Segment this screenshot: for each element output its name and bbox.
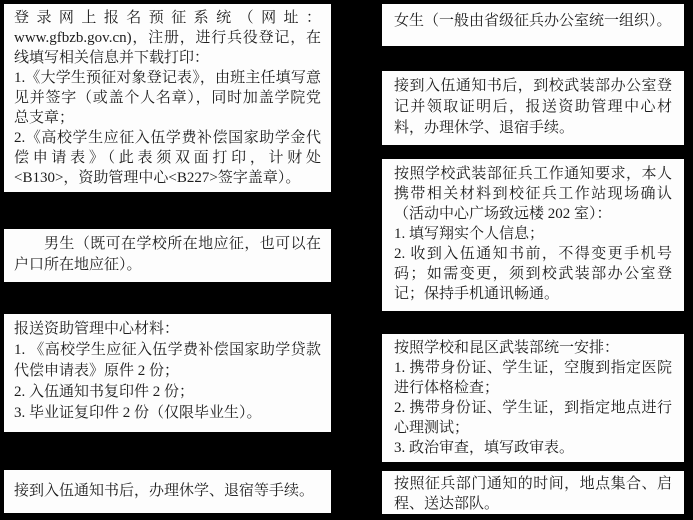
box-exam-arrangement: 按照学校和昆区武装部统一安排： 1. 携带身份证、学生证，空腹到指定医院进行体格… — [381, 333, 685, 463]
onsite-confirmation-item-1: 1. 填写翔实个人信息； — [394, 224, 672, 244]
onsite-confirmation-intro: 按照学校武装部征兵工作通知要求，本人携带相关材料到校征兵工作站现场确认（活动中心… — [394, 164, 672, 224]
female-students-text: 女生（一般由省级征兵办公室统一组织）。 — [394, 11, 672, 32]
online-registration-intro: 登录网上报名预征系统（网址：www.gfbzb.gov.cn)，注册，进行兵役登… — [14, 8, 321, 68]
box-female-students: 女生（一般由省级征兵办公室统一组织）。 — [381, 3, 685, 47]
box-departure: 按照征兵部门通知的时间，地点集合、启程、送达部队。 — [381, 470, 685, 515]
exam-arrangement-item-1: 1. 携带身份证、学生证，空腹到指定医院进行体格检查； — [394, 358, 672, 398]
online-registration-item-1: 1.《大学生预征对象登记表》，由班主任填写意见并签字（或盖个人名章），同时加盖学… — [14, 68, 321, 128]
departure-text: 按照征兵部门通知的时间，地点集合、启程、送达部队。 — [394, 474, 672, 514]
box-leave-procedures: 接到入伍通知书后，办理休学、退宿等手续。 — [3, 469, 332, 514]
funding-materials-item-2: 2. 入伍通知书复印件 2 份； — [14, 382, 321, 403]
funding-materials-title: 报送资助管理中心材料： — [14, 319, 321, 340]
onsite-confirmation-item-2: 2. 收到入伍通知书前，不得变更手机号码；如需变更，须到校武装部办公室登记；保持… — [394, 244, 672, 304]
online-registration-item-2: 2.《高校学生应征入伍学费补偿国家助学金代偿申请表》（此表须双面打印，计财处<B… — [14, 128, 321, 188]
flowchart-canvas: 登录网上报名预征系统（网址：www.gfbzb.gov.cn)，注册，进行兵役登… — [0, 0, 693, 520]
funding-materials-item-1: 1. 《高校学生应征入伍学费补偿国家助学贷款代偿申请表》原件 2 份； — [14, 340, 321, 382]
box-notice-registration: 接到入伍通知书后，到校武装部办公室登记并领取证明后，报送资助管理中心材料，办理休… — [381, 70, 685, 146]
funding-materials-item-3: 3. 毕业证复印件 2 份（仅限毕业生）。 — [14, 403, 321, 424]
exam-arrangement-item-3: 3. 政治审查，填写政审表。 — [394, 438, 672, 458]
exam-arrangement-item-2: 2. 携带身份证、学生证，到指定地点进行心理测试； — [394, 398, 672, 438]
leave-procedures-text: 接到入伍通知书后，办理休学、退宿等手续。 — [14, 481, 314, 502]
box-online-registration: 登录网上报名预征系统（网址：www.gfbzb.gov.cn)，注册，进行兵役登… — [3, 3, 332, 193]
exam-arrangement-title: 按照学校和昆区武装部统一安排： — [394, 338, 672, 358]
box-onsite-confirmation: 按照学校武装部征兵工作通知要求，本人携带相关材料到校征兵工作站现场确认（活动中心… — [381, 158, 685, 312]
box-funding-materials: 报送资助管理中心材料： 1. 《高校学生应征入伍学费补偿国家助学贷款代偿申请表》… — [3, 313, 332, 433]
male-students-text: 男生（既可在学校所在地应征，也可以在户口所在地应征）。 — [14, 234, 321, 276]
box-male-students: 男生（既可在学校所在地应征，也可以在户口所在地应征）。 — [3, 228, 332, 283]
notice-registration-text: 接到入伍通知书后，到校武装部办公室登记并领取证明后，报送资助管理中心材料，办理休… — [394, 76, 672, 139]
